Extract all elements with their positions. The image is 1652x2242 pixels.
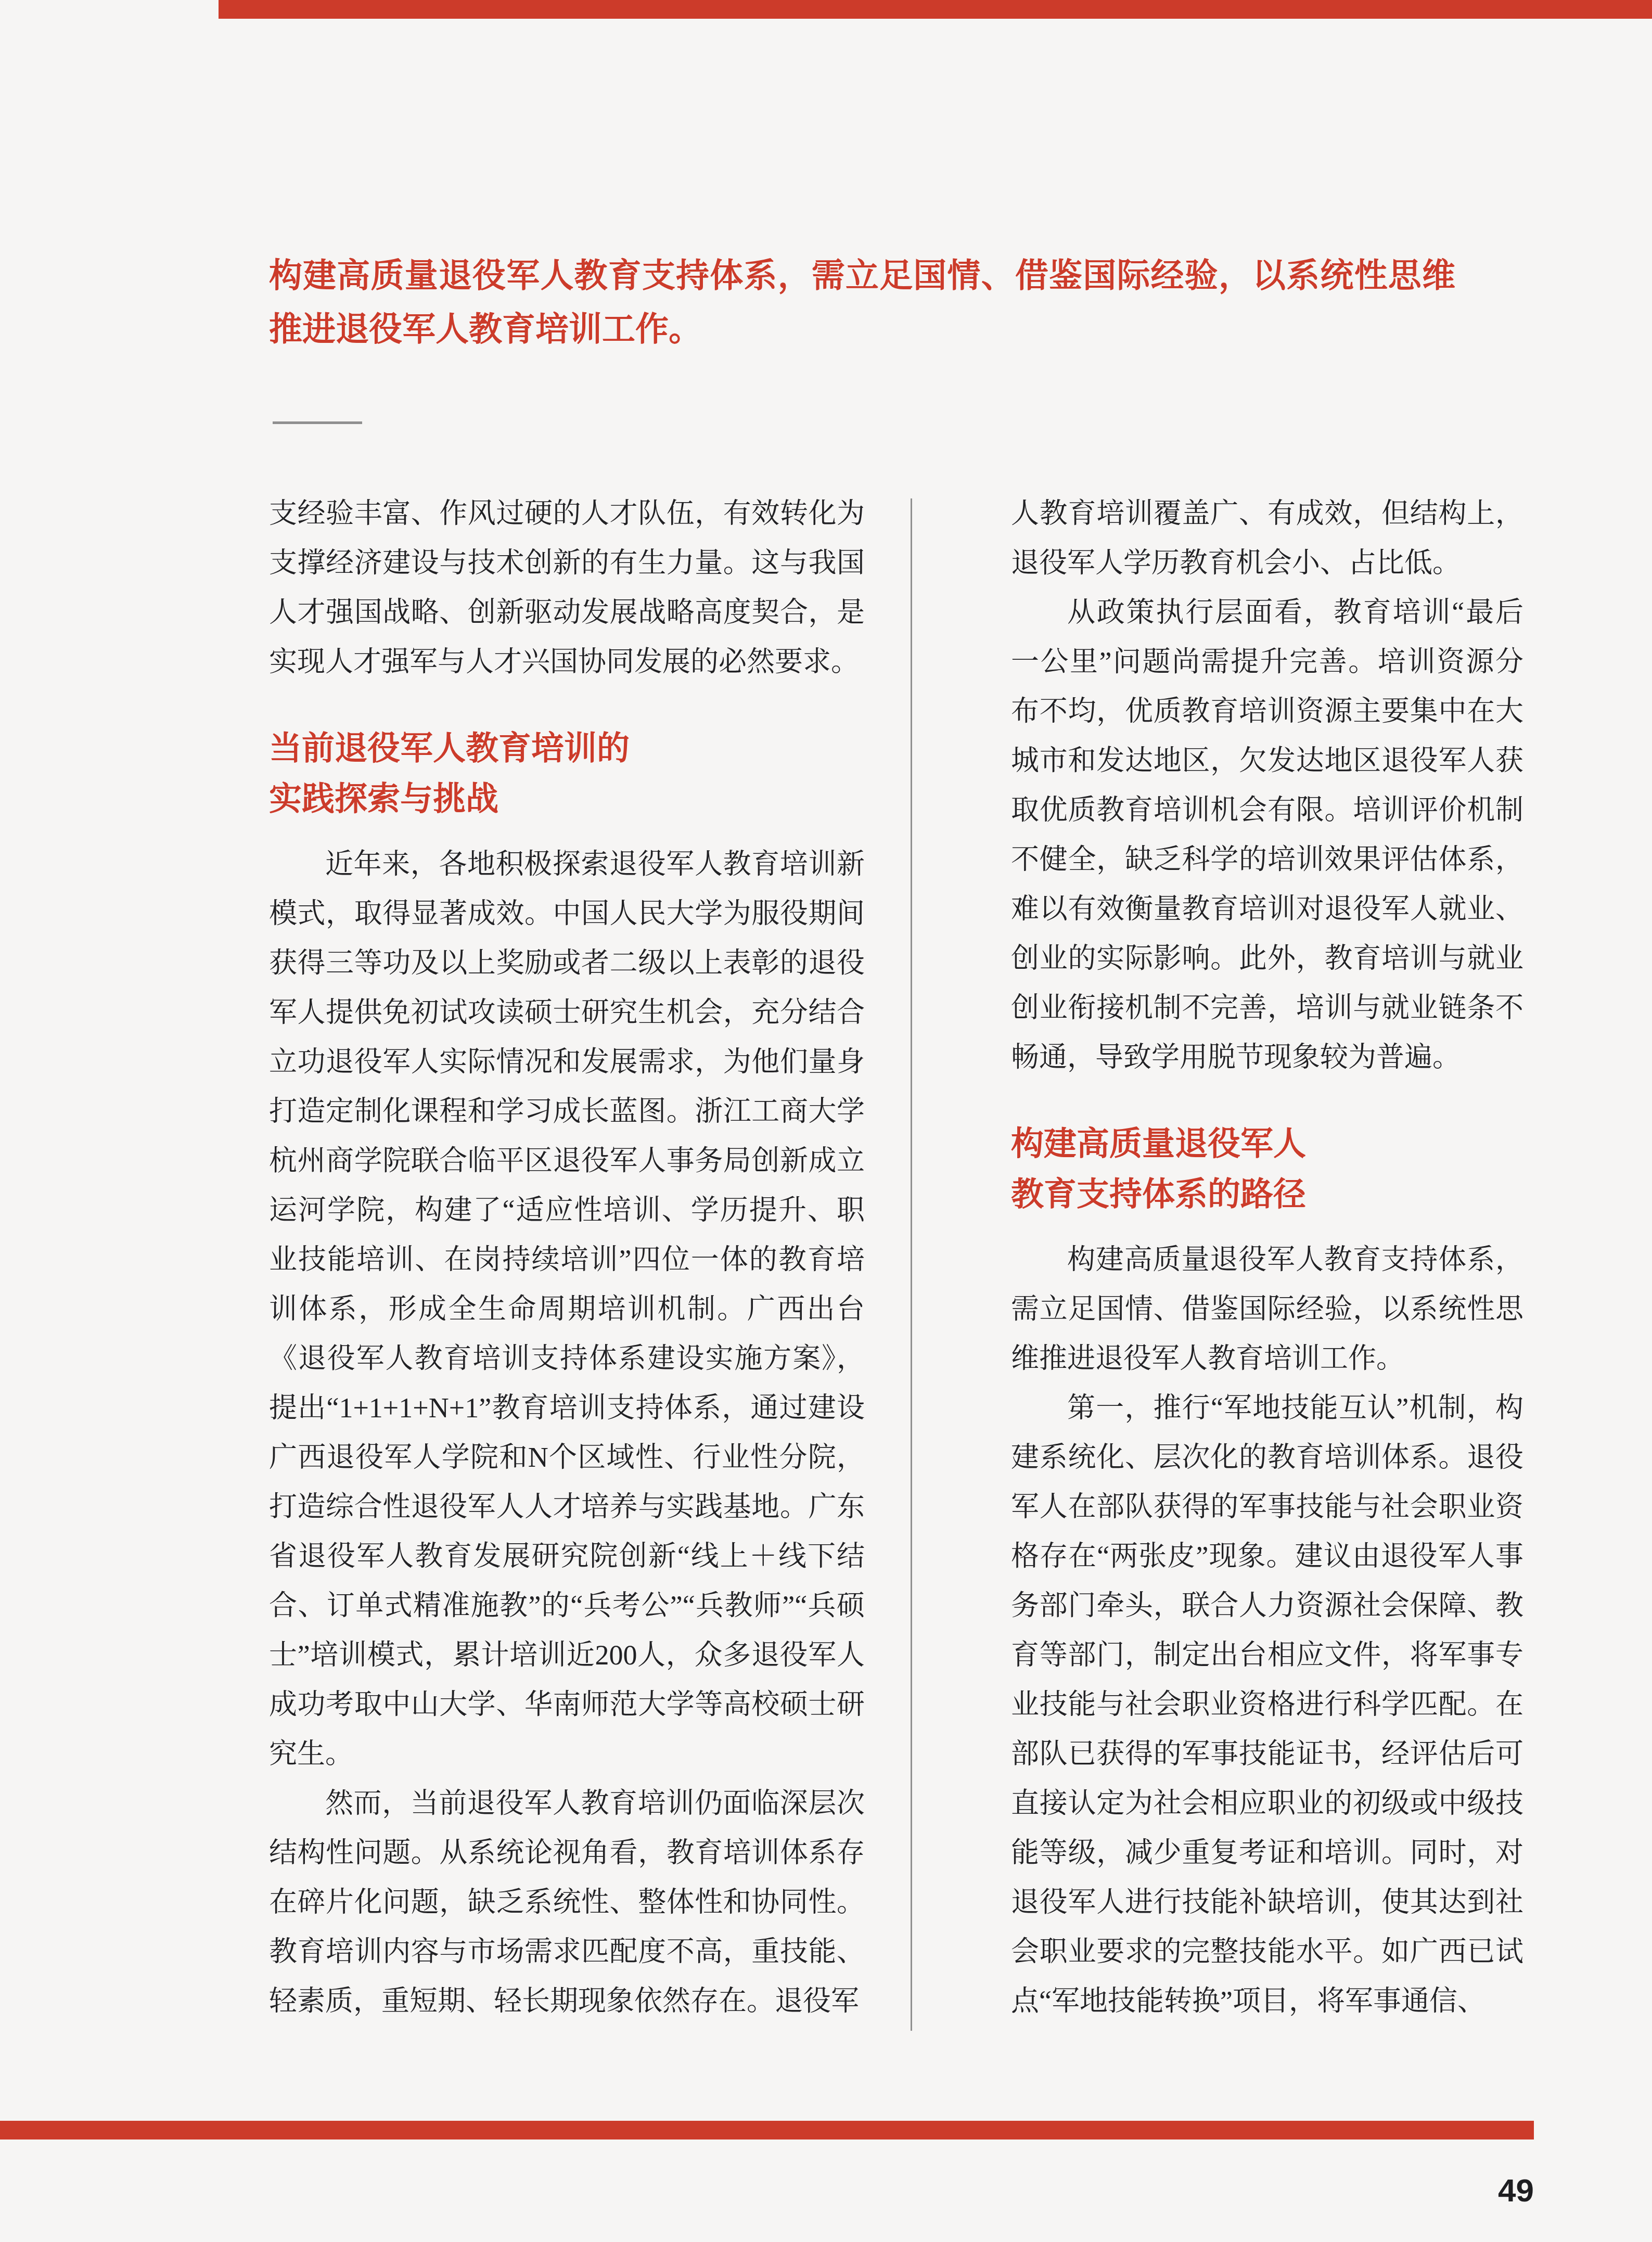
left-column: 支经验丰富、作风过硬的人才队伍，有效转化为支撑经济建设与技术创新的有生力量。这与… xyxy=(269,489,865,2026)
pull-quote: 构建高质量退役军人教育支持体系，需立足国情、借鉴国际经验，以系统性思维推进退役军… xyxy=(269,249,1455,356)
section-heading-line: 当前退役军人教育培训的 xyxy=(269,723,865,774)
paragraph: 第一，推行“军地技能互认”机制，构建系统化、层次化的教育培训体系。退役军人在部队… xyxy=(1011,1383,1523,2026)
section-heading-line: 教育支持体系的路径 xyxy=(1011,1169,1523,1220)
column-divider-rule xyxy=(911,498,912,2031)
section-heading-line: 实践探索与挑战 xyxy=(269,774,865,824)
paragraph: 构建高质量退役军人教育支持体系，需立足国情、借鉴国际经验，以系统性思维推进退役军… xyxy=(1011,1235,1523,1383)
paragraph: 人教育培训覆盖广、有成效，但结构上，退役军人学历教育机会小、占比低。 xyxy=(1011,489,1523,588)
paragraph: 然而，当前退役军人教育培训仍面临深层次结构性问题。从系统论视角看，教育培训体系存… xyxy=(269,1779,865,2026)
page-number: 49 xyxy=(1353,2174,1534,2208)
bottom-accent-bar xyxy=(0,2121,1534,2139)
paragraph: 支经验丰富、作风过硬的人才队伍，有效转化为支撑经济建设与技术创新的有生力量。这与… xyxy=(269,489,865,687)
section-heading-practice: 当前退役军人教育培训的 实践探索与挑战 xyxy=(269,723,865,824)
magazine-page: 构建高质量退役军人教育支持体系，需立足国情、借鉴国际经验，以系统性思维推进退役军… xyxy=(0,0,1652,2242)
quote-divider-line xyxy=(273,421,362,424)
right-column: 人教育培训覆盖广、有成效，但结构上，退役军人学历教育机会小、占比低。 从政策执行… xyxy=(1011,489,1523,2026)
paragraph: 近年来，各地积极探索退役军人教育培训新模式，取得显著成效。中国人民大学为服役期间… xyxy=(269,840,865,1779)
top-accent-bar xyxy=(219,0,1652,19)
section-heading-pathways: 构建高质量退役军人 教育支持体系的路径 xyxy=(1011,1119,1523,1220)
section-heading-line: 构建高质量退役军人 xyxy=(1011,1119,1523,1169)
paragraph: 从政策执行层面看，教育培训“最后一公里”问题尚需提升完善。培训资源分布不均，优质… xyxy=(1011,588,1523,1082)
